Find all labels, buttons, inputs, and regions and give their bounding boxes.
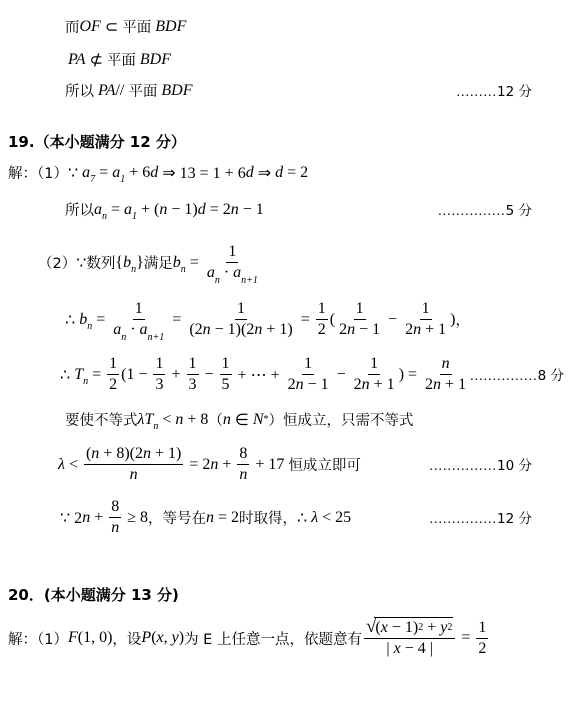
- math-text: n: [347, 320, 355, 340]
- math-text: ∴: [60, 365, 74, 385]
- cjk-text: 19.（本小题满分 12 分）: [8, 131, 186, 152]
- math-subscripted-variable: an: [94, 201, 107, 219]
- math-text: n: [239, 465, 247, 485]
- math-superscript: 2: [447, 623, 452, 633]
- math-text: =: [88, 366, 105, 384]
- math-text: ≥ 8: [123, 509, 148, 527]
- math-text: + 1: [370, 375, 395, 395]
- math-subscript: 1: [132, 212, 137, 222]
- cjk-text: 时取得，: [239, 507, 297, 528]
- math-text: − 1): [167, 201, 197, 219]
- math-variable: b: [173, 254, 181, 272]
- math-text: + 1: [421, 320, 446, 340]
- math-subscript: n: [87, 322, 92, 332]
- fraction-denominator: n: [109, 518, 121, 538]
- q19-part1-general-term: 所以an = a1 + (n − 1)d = 2n − 1...........…: [65, 199, 532, 220]
- math-text: λ: [58, 456, 65, 474]
- math-text: +: [167, 366, 184, 384]
- fraction-numerator: 1: [420, 299, 432, 320]
- math-text: λ: [138, 411, 145, 429]
- q19-part2-inequality-condition: 要使不等式λTn < n + 8（n ∈ N*）恒成立，只需不等式: [65, 409, 532, 430]
- score-label: 12 分: [497, 507, 532, 527]
- math-subscript: n: [181, 265, 186, 275]
- score-marker: ...............12 分: [430, 507, 532, 528]
- math-text: − 1: [304, 375, 329, 395]
- dotted-leader: ...............: [470, 369, 538, 385]
- math-text: 2: [318, 320, 326, 340]
- math-text: +: [90, 509, 107, 527]
- math-text: OF: [80, 18, 101, 36]
- math-text: − 4 |: [401, 639, 433, 659]
- math-text: =: [107, 201, 124, 219]
- q19-part2-tn-sum: ∴ Tn = 12(1 − 13 + 13 − 15 + ⋯ + 12n − 1…: [60, 354, 532, 395]
- math-fraction: 12n − 1: [286, 354, 331, 395]
- math-text: PA: [94, 82, 115, 100]
- math-fraction: 1an · an+1: [111, 299, 166, 340]
- math-text: n: [362, 375, 370, 395]
- math-subscript: n+1: [148, 333, 165, 343]
- fraction-numerator: 8: [237, 444, 249, 465]
- q19-part2-conclusion: ∵ 2n + 8n ≥ 8，等号在n = 2时取得，∴ λ < 25......…: [60, 497, 532, 538]
- math-variable: a: [94, 201, 102, 219]
- math-text: + (: [137, 201, 159, 219]
- math-text: 2: [109, 375, 117, 395]
- score-label: 8 分: [538, 364, 564, 384]
- q19-part2-lambda-bound: λ < (n + 8)(2n + 1)n = 2n + 8n + 17 恒成立即…: [58, 444, 532, 485]
- math-text: x: [381, 618, 388, 638]
- fraction-denominator: (2n − 1)(2n + 1): [187, 320, 294, 340]
- math-text: BDF: [136, 51, 171, 69]
- math-text: + ⋯ +: [234, 365, 284, 385]
- math-variable: a: [124, 201, 132, 219]
- math-subscript: n: [215, 276, 220, 286]
- math-text: + 8: [183, 411, 208, 429]
- math-subscripted-variable: a7: [82, 164, 95, 182]
- math-variable: T: [144, 411, 153, 429]
- math-text: =: [297, 311, 314, 329]
- math-text: = 2: [185, 456, 210, 474]
- math-text: 1: [189, 354, 197, 374]
- math-text: −: [384, 311, 401, 329]
- math-text: d: [198, 201, 206, 219]
- math-text: =: [92, 311, 109, 329]
- math-text: 1: [155, 354, 163, 374]
- math-subscript: n: [131, 265, 136, 275]
- fraction-numerator: 1: [153, 354, 165, 375]
- math-text: PA: [68, 51, 85, 69]
- math-text: 1: [478, 618, 486, 638]
- math-fraction: 8n: [237, 444, 249, 485]
- q19-part2-bn-decomposition: ∴ bn = 1an · an+1 = 1(2n − 1)(2n + 1) = …: [65, 299, 532, 340]
- cjk-text: 恒成立即可: [288, 454, 361, 475]
- math-text: y: [172, 629, 179, 647]
- dotted-leader: ...............: [430, 512, 498, 528]
- fraction-denominator: 2n − 1: [286, 375, 331, 395]
- math-text: =: [186, 254, 203, 272]
- math-subscripted-variable: an: [207, 263, 220, 283]
- fraction-denominator: | x − 4 |: [384, 639, 435, 659]
- math-fraction: 12n + 1: [403, 299, 448, 340]
- math-text: //: [115, 82, 128, 100]
- math-text: n: [231, 201, 239, 219]
- pa-parallel-line-1: 而OF ⊂ 平面 BDF: [65, 16, 532, 37]
- fraction-denominator: 2n + 1: [352, 375, 397, 395]
- cjk-text: 而: [65, 16, 80, 37]
- math-variable: a: [207, 263, 215, 283]
- dotted-leader: ...............: [430, 459, 498, 475]
- math-text: 1: [135, 299, 143, 319]
- math-text: +: [423, 618, 440, 638]
- score-marker: ...............10 分: [430, 454, 532, 475]
- fraction-numerator: (n + 8)(2n + 1): [84, 444, 183, 465]
- math-text: < 25: [318, 509, 351, 527]
- math-text: BDF: [157, 82, 192, 100]
- line-content: ∵ 2n + 8n ≥ 8，等号在n = 2时取得，∴ λ < 25: [60, 497, 351, 538]
- math-text: n: [296, 375, 304, 395]
- fraction-numerator: 1: [235, 299, 247, 320]
- math-text: − 1): [388, 618, 418, 638]
- math-text: =: [457, 629, 474, 647]
- math-text: 1: [109, 354, 117, 374]
- cjk-text: 平面: [128, 80, 157, 101]
- cjk-text: 数列: [86, 252, 115, 273]
- score-label: 5 分: [506, 199, 532, 219]
- math-text: n: [82, 509, 90, 527]
- fraction-numerator: n: [440, 354, 452, 375]
- math-variable: T: [74, 366, 83, 384]
- cjk-text: 20．(本小题满分 13 分): [8, 584, 179, 605]
- math-text: n: [159, 201, 167, 219]
- math-subscript: 7: [90, 175, 95, 185]
- fraction-numerator: 1: [476, 618, 488, 639]
- math-text: y: [440, 618, 447, 638]
- math-variable: a: [82, 164, 90, 182]
- cjk-text: 要使不等式: [65, 409, 138, 430]
- fraction-denominator: an · an+1: [111, 320, 166, 340]
- math-square-root: √(x − 1)2 + y2: [366, 617, 453, 638]
- math-text: 1: [370, 354, 378, 374]
- math-text: n: [143, 444, 151, 464]
- math-text: 1: [356, 299, 364, 319]
- math-text: + 1): [151, 444, 181, 464]
- pa-parallel-line-2: PA ⊄ 平面 BDF: [68, 49, 532, 70]
- math-subscript: n: [83, 377, 88, 387]
- math-text: 2: [354, 375, 362, 395]
- fraction-denominator: 2: [107, 375, 119, 395]
- radicand: (x − 1)2 + y2: [374, 617, 453, 638]
- math-text: − 1: [239, 201, 264, 219]
- math-text: ∴: [297, 508, 311, 528]
- math-text: + 1): [262, 320, 292, 340]
- math-text: x: [157, 629, 164, 647]
- math-text: −: [333, 366, 350, 384]
- fraction-numerator: 1: [302, 354, 314, 375]
- math-subscript: n: [121, 333, 126, 343]
- math-variable: a: [140, 320, 148, 340]
- math-text: (1, 0): [78, 629, 113, 647]
- math-text: ∵: [68, 163, 82, 183]
- math-subscript: n: [153, 422, 158, 432]
- math-text: }: [136, 254, 144, 272]
- math-text: (1 −: [121, 366, 151, 384]
- math-text: 2: [339, 320, 347, 340]
- math-text: n: [175, 411, 183, 429]
- cjk-text: 为 E 上任意一点，依题意有: [184, 628, 362, 649]
- math-text: 2: [288, 375, 296, 395]
- cjk-text: 平面: [122, 16, 151, 37]
- math-text: P: [141, 629, 151, 647]
- line-content: 20．(本小题满分 13 分): [8, 584, 179, 605]
- cjk-text: 解：（1）: [8, 162, 68, 183]
- math-fraction: 1(2n − 1)(2n + 1): [187, 299, 294, 340]
- cjk-text: 所以: [65, 80, 94, 101]
- math-subscript: 1: [120, 175, 125, 185]
- q20-part1-setup: 解：（1）F(1, 0)，设P(x, y)为 E 上任意一点，依题意有√(x −…: [8, 617, 532, 659]
- math-text: +: [218, 456, 235, 474]
- math-subscripted-variable: Tn: [74, 366, 88, 384]
- fraction-numerator: 1: [316, 299, 328, 320]
- fraction-numerator: √(x − 1)2 + y2: [364, 617, 455, 639]
- cjk-text: （: [208, 409, 223, 430]
- math-text: |: [386, 639, 393, 659]
- cjk-text: ，等号在: [148, 507, 206, 528]
- math-variable: a: [113, 320, 121, 340]
- math-text: = 2: [283, 164, 308, 182]
- problem-20-heading: 20．(本小题满分 13 分): [8, 584, 532, 605]
- math-text: 1: [422, 299, 430, 319]
- math-text: d: [275, 164, 283, 182]
- math-text: N: [253, 411, 264, 429]
- fraction-denominator: 2: [316, 320, 328, 340]
- math-text: ∵ 2: [60, 508, 82, 528]
- math-text: n: [91, 444, 99, 464]
- q19-part1-derivation: 解：（1）∵ a7 = a1 + 6d ⇒ 13 = 1 + 6d ⇒ d = …: [8, 162, 532, 183]
- math-text: + 6: [125, 164, 150, 182]
- math-subscript: n+1: [241, 276, 258, 286]
- math-fraction: 12: [476, 618, 488, 659]
- math-subscripted-variable: Tn: [144, 411, 158, 429]
- math-text: 1: [222, 354, 230, 374]
- cjk-text: 平面: [107, 49, 136, 70]
- math-subscripted-variable: an+1: [233, 263, 258, 283]
- line-content: PA ⊄ 平面 BDF: [68, 49, 171, 70]
- math-fraction: 12: [316, 299, 328, 340]
- fraction-denominator: n: [128, 465, 140, 485]
- math-fraction: 8n: [109, 497, 121, 538]
- math-subscripted-variable: an: [113, 320, 126, 340]
- math-text: − 1: [355, 320, 380, 340]
- score-marker: ...............5 分: [438, 199, 532, 220]
- fraction-numerator: 1: [107, 354, 119, 375]
- math-fraction: (n + 8)(2n + 1)n: [84, 444, 183, 485]
- math-text: F: [68, 629, 78, 647]
- math-text: 8: [111, 497, 119, 517]
- math-text: =: [95, 164, 112, 182]
- fraction-numerator: 1: [368, 354, 380, 375]
- math-text: ·: [126, 320, 139, 340]
- line-content: 所以an = a1 + (n − 1)d = 2n − 1: [65, 199, 264, 220]
- math-text: − 1)(2: [211, 320, 255, 340]
- fraction-numerator: 1: [354, 299, 366, 320]
- math-fraction: 15: [220, 354, 232, 395]
- math-text: n: [111, 518, 119, 538]
- math-text: n: [433, 375, 441, 395]
- fraction-denominator: 2n + 1: [423, 375, 468, 395]
- line-content: ∴ bn = 1an · an+1 = 1(2n − 1)(2n + 1) = …: [65, 299, 470, 340]
- math-text: <: [65, 456, 82, 474]
- math-text: n: [130, 465, 138, 485]
- math-subscripted-variable: a1: [124, 201, 137, 219]
- math-subscripted-variable: bn: [79, 311, 92, 329]
- math-variable: b: [79, 311, 87, 329]
- math-fraction: 1an · an+1: [205, 242, 260, 283]
- math-text: {: [115, 254, 123, 272]
- math-text: + 17: [251, 456, 288, 474]
- score-marker: ...............8 分: [470, 364, 564, 385]
- math-text: ⇒ 13 = 1 + 6: [158, 163, 245, 183]
- math-variable: a: [112, 164, 120, 182]
- fraction-numerator: 1: [133, 299, 145, 320]
- math-text: x: [394, 639, 401, 659]
- line-content: 而OF ⊂ 平面 BDF: [65, 16, 186, 37]
- line-content: 解：（1）∵ a7 = a1 + 6d ⇒ 13 = 1 + 6d ⇒ d = …: [8, 162, 308, 183]
- math-text: n: [442, 354, 450, 374]
- math-text: + 1: [441, 375, 466, 395]
- fraction-numerator: 1: [226, 242, 238, 263]
- math-text: d: [150, 164, 158, 182]
- math-text: 8: [239, 444, 247, 464]
- pa-parallel-conclusion: 所以 PA// 平面 BDF.........12 分: [65, 80, 532, 101]
- math-text: n: [413, 320, 421, 340]
- line-content: ∴ Tn = 12(1 − 13 + 13 − 15 + ⋯ + 12n − 1…: [60, 354, 470, 395]
- math-fraction: 12: [107, 354, 119, 395]
- math-text: 2: [478, 639, 486, 659]
- fraction-denominator: 2n + 1: [403, 320, 448, 340]
- math-text: n: [203, 320, 211, 340]
- math-text: 1: [304, 354, 312, 374]
- score-marker: .........12 分: [457, 80, 532, 101]
- cjk-text: 满足: [144, 252, 173, 273]
- math-text: n: [206, 509, 214, 527]
- dotted-leader: .........: [457, 85, 498, 101]
- fraction-denominator: 3: [187, 375, 199, 395]
- math-fraction: n2n + 1: [423, 354, 468, 395]
- fraction-numerator: 1: [220, 354, 232, 375]
- fraction-denominator: 2: [476, 639, 488, 659]
- fraction-numerator: 8: [109, 497, 121, 518]
- cjk-text: 所以: [65, 199, 94, 220]
- math-text: λ: [311, 509, 318, 527]
- math-text: = 2: [214, 509, 239, 527]
- math-variable: a: [233, 263, 241, 283]
- line-content: 解：（1）F(1, 0)，设P(x, y)为 E 上任意一点，依题意有√(x −…: [8, 617, 490, 659]
- math-variable: b: [123, 254, 131, 272]
- math-text: 1: [228, 242, 236, 262]
- fraction-denominator: n: [237, 465, 249, 485]
- math-text: ⇒: [254, 163, 275, 183]
- dotted-leader: ...............: [438, 204, 506, 220]
- math-text: 2: [425, 375, 433, 395]
- math-text: 2: [405, 320, 413, 340]
- math-fraction: 12n − 1: [337, 299, 382, 340]
- math-subscripted-variable: an+1: [140, 320, 165, 340]
- cjk-text: 解：（1）: [8, 628, 68, 649]
- line-content: λ < (n + 8)(2n + 1)n = 2n + 8n + 17 恒成立即…: [58, 444, 361, 485]
- math-text: 3: [189, 375, 197, 395]
- fraction-denominator: an · an+1: [205, 263, 260, 283]
- math-text: ⊄: [85, 50, 106, 70]
- math-fraction: 13: [187, 354, 199, 395]
- math-text: −: [201, 366, 218, 384]
- math-text: ·: [220, 263, 233, 283]
- math-text: 5: [222, 375, 230, 395]
- math-subscript: n: [102, 212, 107, 222]
- math-text: (2: [189, 320, 202, 340]
- math-text: ∴: [65, 310, 79, 330]
- fraction-denominator: 2n − 1: [337, 320, 382, 340]
- math-subscripted-variable: bn: [123, 254, 136, 272]
- math-text: =: [168, 311, 185, 329]
- line-content: 19.（本小题满分 12 分）: [8, 131, 186, 152]
- math-text: n: [223, 411, 231, 429]
- math-text: ) =: [399, 366, 421, 384]
- math-fraction: 12n + 1: [352, 354, 397, 395]
- math-text: ⊂: [101, 17, 122, 37]
- problem-19-heading: 19.（本小题满分 12 分）: [8, 131, 532, 152]
- fraction-denominator: 3: [153, 375, 165, 395]
- math-text: ∵: [76, 253, 86, 273]
- score-label: 12 分: [497, 80, 532, 100]
- math-text: ,: [164, 629, 172, 647]
- fraction-numerator: 1: [187, 354, 199, 375]
- math-text: d: [246, 164, 254, 182]
- math-subscripted-variable: a1: [112, 164, 125, 182]
- line-content: （2）∵数列{bn}满足bn = 1an · an+1: [38, 242, 262, 283]
- cjk-text: ，设: [112, 628, 141, 649]
- score-label: 10 分: [497, 454, 532, 474]
- math-fraction: √(x − 1)2 + y2| x − 4 |: [364, 617, 455, 659]
- line-content: 所以 PA// 平面 BDF: [65, 80, 192, 101]
- math-text: BDF: [151, 18, 186, 36]
- math-text: 1: [318, 299, 326, 319]
- math-subscripted-variable: bn: [173, 254, 186, 272]
- math-text: <: [158, 411, 175, 429]
- math-text: (: [330, 311, 335, 329]
- math-text: ∈: [231, 410, 253, 430]
- fraction-denominator: 5: [220, 375, 232, 395]
- math-fraction: 13: [153, 354, 165, 395]
- radical-icon: √: [366, 617, 376, 636]
- math-text: n: [254, 320, 262, 340]
- q19-part2-bn-definition: （2）∵数列{bn}满足bn = 1an · an+1: [38, 242, 532, 283]
- math-text: 1: [237, 299, 245, 319]
- math-text: n: [210, 456, 218, 474]
- math-text: = 2: [206, 201, 231, 219]
- cjk-text: ，: [455, 309, 470, 330]
- math-text: + 8)(2: [99, 444, 143, 464]
- math-text: 3: [155, 375, 163, 395]
- line-content: 要使不等式λTn < n + 8（n ∈ N*）恒成立，只需不等式: [65, 409, 414, 430]
- cjk-text: ）恒成立，只需不等式: [269, 409, 414, 430]
- cjk-text: （2）: [38, 252, 76, 273]
- math-solution-document: 而OF ⊂ 平面 BDFPA ⊄ 平面 BDF所以 PA// 平面 BDF...…: [0, 0, 576, 659]
